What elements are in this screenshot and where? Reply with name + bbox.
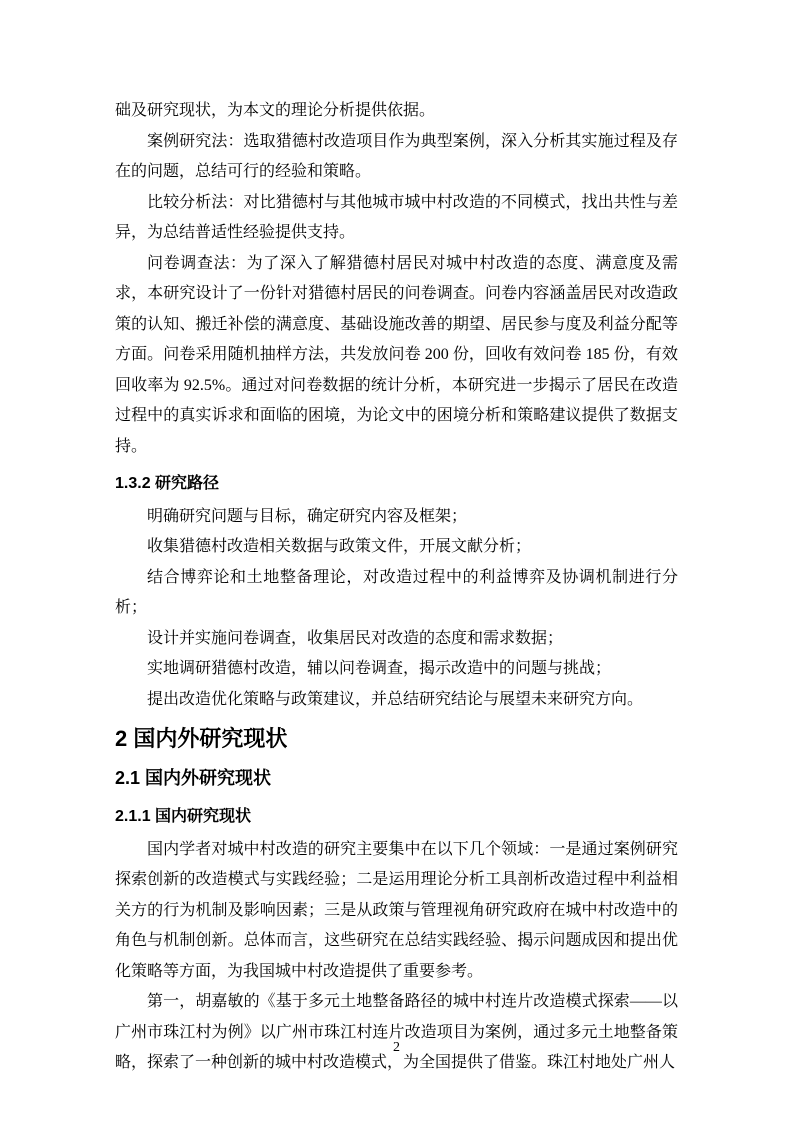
research-path-step-1: 明确研究问题与目标，确定研究内容及框架； [115, 502, 678, 533]
research-path-step-5: 实地调研猎德村改造，辅以问卷调查，揭示改造中的问题与挑战； [115, 654, 678, 685]
paragraph-comparative-analysis-method: 比较分析法：对比猎德村与其他城市城中村改造的不同模式，找出共性与差异，为总结普适… [115, 188, 678, 249]
research-path-step-6: 提出改造优化策略与政策建议，并总结研究结论与展望未来研究方向。 [115, 685, 678, 716]
heading-section-2-1: 2.1 国内外研究现状 [115, 762, 678, 795]
heading-subsection-2-1-1: 2.1.1 国内研究现状 [115, 802, 678, 833]
heading-chapter-2: 2 国内外研究现状 [115, 721, 678, 757]
document-page: 础及研究现状，为本文的理论分析提供依据。 案例研究法：选取猎德村改造项目作为典型… [0, 0, 793, 1122]
heading-research-path: 1.3.2 研究路径 [115, 469, 678, 500]
page-number: 2 [0, 1038, 793, 1058]
research-path-step-4: 设计并实施问卷调查，收集居民对改造的态度和需求数据； [115, 624, 678, 655]
research-path-step-2: 收集猎德村改造相关数据与政策文件，开展文献分析； [115, 532, 678, 563]
paragraph-case-study-method: 案例研究法：选取猎德村改造项目作为典型案例，深入分析其实施过程及存在的问题，总结… [115, 127, 678, 188]
research-path-step-3: 结合博弈论和土地整备理论，对改造过程中的利益博弈及协调机制进行分析； [115, 563, 678, 624]
paragraph-domestic-research-overview: 国内学者对城中村改造的研究主要集中在以下几个领域：一是通过案例研究探索创新的改造… [115, 835, 678, 988]
paragraph-first-study-hujiamin: 第一，胡嘉敏的《基于多元土地整备路径的城中村连片改造模式探索——以广州市珠江村为… [115, 987, 678, 1079]
paragraph-continuation: 础及研究现状，为本文的理论分析提供依据。 [115, 96, 678, 127]
paragraph-questionnaire-method: 问卷调查法：为了深入了解猎德村居民对城中村改造的态度、满意度及需求，本研究设计了… [115, 249, 678, 463]
